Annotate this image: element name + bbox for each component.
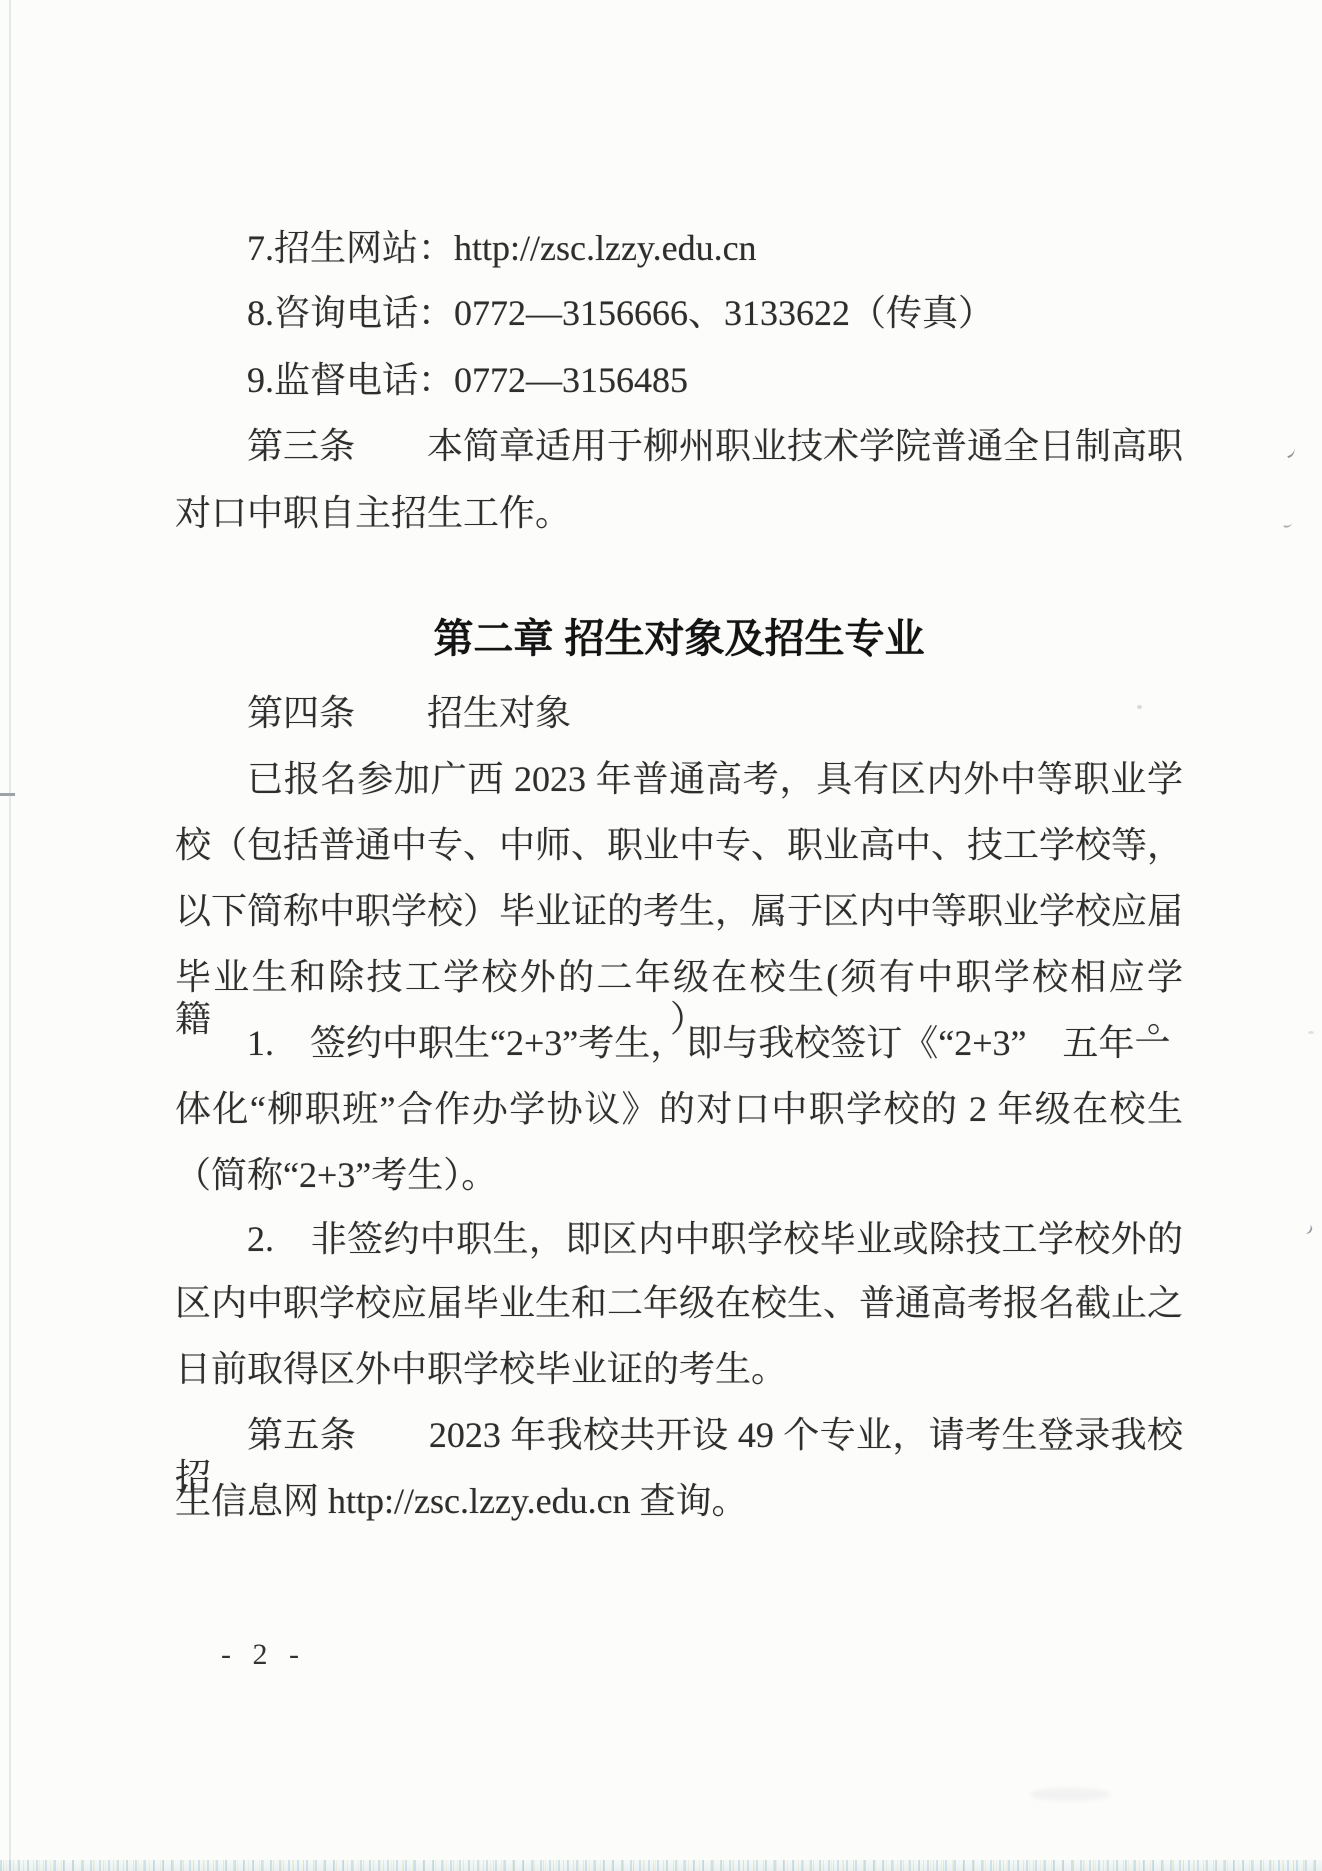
scan-artifact-tick-3 bbox=[1300, 1222, 1313, 1235]
doc-line-item1-3: （简称“2+3”考生）。 bbox=[175, 1154, 1183, 1196]
doc-line-item1-1: 1. 签约中职生“2+3”考生，即与我校签订《“2+3” 五年一 bbox=[247, 1022, 1183, 1064]
doc-line-eligibility-2: 校（包括普通中专、中师、职业中专、职业高中、技工学校等， bbox=[175, 824, 1183, 866]
scan-bottom-noise-band bbox=[0, 1860, 1322, 1871]
doc-line-admission-website: 7.招生网站：http://zsc.lzzy.edu.cn bbox=[247, 227, 1183, 269]
scan-artifact-speck-2 bbox=[1308, 1031, 1314, 1034]
doc-line-eligibility-1: 已报名参加广西 2023 年普通高考，具有区内外中等职业学 bbox=[175, 758, 1183, 800]
scanned-document-page: 7.招生网站：http://zsc.lzzy.edu.cn 8.咨询电话：077… bbox=[0, 0, 1322, 1871]
doc-line-article5-2: 生信息网 http://zsc.lzzy.edu.cn 查询。 bbox=[175, 1480, 1183, 1522]
page-number: - 2 - bbox=[206, 1638, 316, 1672]
scan-artifact-tick-1 bbox=[1285, 445, 1297, 458]
scan-artifact-speck-1 bbox=[1137, 705, 1142, 709]
doc-line-eligibility-3: 以下简称中职学校）毕业证的考生，属于区内中等职业学校应届 bbox=[175, 890, 1183, 932]
doc-line-eligibility-4: 毕业生和除技工学校外的二年级在校生(须有中职学校相应学籍）。 bbox=[175, 956, 1183, 998]
doc-line-article5-1: 第五条 2023 年我校共开设 49 个专业，请考生登录我校招 bbox=[175, 1414, 1183, 1456]
scan-artifact-tick-2 bbox=[1283, 518, 1292, 528]
scan-artifact-smudge bbox=[1030, 1788, 1110, 1801]
doc-line-item2-1: 2. 非签约中职生，即区内中职学校毕业或除技工学校外的 bbox=[175, 1218, 1183, 1260]
doc-line-article3-1: 第三条 本简章适用于柳州职业技术学院普通全日制高职 bbox=[175, 425, 1183, 467]
chapter2-heading: 第二章 招生对象及招生专业 bbox=[175, 616, 1183, 662]
doc-line-consult-phone: 8.咨询电话：0772—3156666、3133622（传真） bbox=[247, 292, 1183, 334]
doc-line-article4-title: 第四条 招生对象 bbox=[247, 692, 1183, 734]
doc-line-item1-2: 体化“柳职班”合作办学协议》的对口中职学校的 2 年级在校生 bbox=[175, 1088, 1183, 1130]
doc-line-article3-2: 对口中职自主招生工作。 bbox=[175, 492, 1183, 534]
doc-line-item2-2: 区内中职学校应届毕业生和二年级在校生、普通高考报名截止之 bbox=[175, 1282, 1183, 1324]
doc-line-item2-3: 日前取得区外中职学校毕业证的考生。 bbox=[175, 1348, 1183, 1390]
scan-edge-dash bbox=[0, 793, 15, 796]
scan-edge-line bbox=[9, 0, 11, 1871]
doc-line-supervise-phone: 9.监督电话：0772—3156485 bbox=[247, 359, 1183, 401]
